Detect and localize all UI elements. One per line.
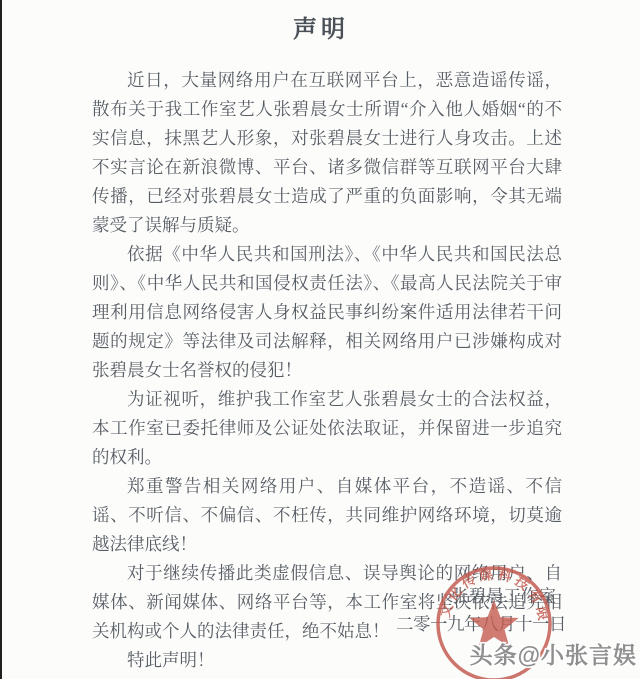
statement-paragraph: 依据《中华人民共和国刑法》、《中华人民共和国民法总则》、《中华人民共和国侵权责任… <box>92 240 562 385</box>
statement-title: 声明 <box>2 0 640 44</box>
statement-paragraph: 为证视听，维护我工作室艺人张碧晨女士的合法权益，本工作室已委托律师及公证处依法取… <box>92 385 562 472</box>
statement-paragraph: 郑重警告相关网络用户、自媒体平台，不造谣、不信谣、不听信、不偏信、不枉传，共同维… <box>92 472 562 559</box>
statement-paragraph: 近日，大量网络用户在互联网平台上，恶意造谣传谣，散布关于我工作室艺人张碧晨女士所… <box>92 66 562 240</box>
statement-document: 声明 近日，大量网络用户在互联网平台上，恶意造谣传谣，散布关于我工作室艺人张碧晨… <box>0 0 640 679</box>
toutiao-watermark: 头条@小张言娱 <box>470 637 637 670</box>
